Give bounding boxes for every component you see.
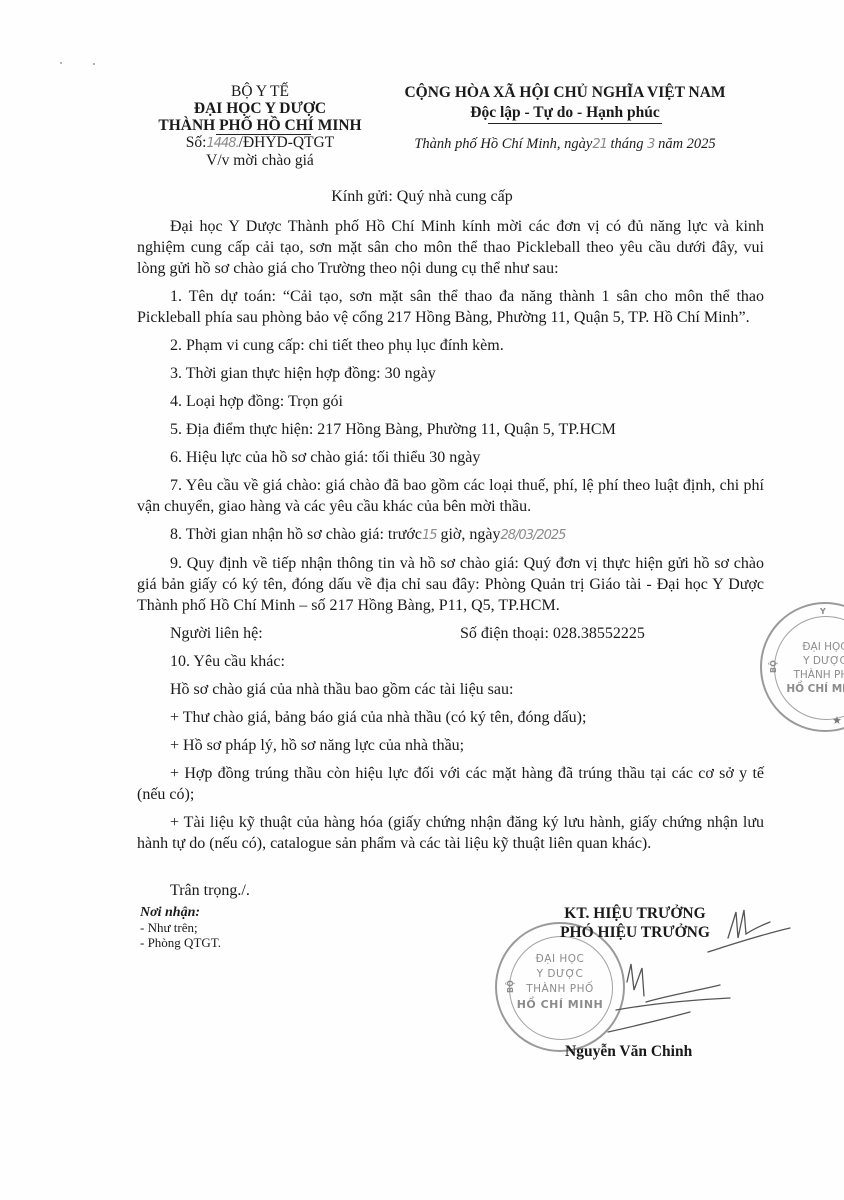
scan-speck (93, 63, 95, 65)
document-subject: V/v mời chào giá (140, 152, 380, 169)
issuer-header: BỘ Y TẾ ĐẠI HỌC Y DƯỢC THÀNH PHỐ HỒ CHÍ … (140, 83, 380, 169)
doc-item-2: + Hồ sơ pháp lý, hồ sơ năng lực của nhà … (137, 735, 764, 756)
intro-paragraph: Đại học Y Dược Thành phố Hồ Chí Minh kín… (137, 216, 764, 279)
item-2: 2. Phạm vi cung cấp: chi tiết theo phụ l… (137, 335, 764, 356)
contact-person-label: Người liên hệ: (170, 623, 460, 644)
national-motto-text: Độc lập - Tự do - Hạnh phúc (470, 104, 659, 121)
university-name-line2-text: THÀNH PHỐ HỒ CHÍ MINH (158, 117, 361, 134)
item-7: 7. Yêu cầu về giá chào: giá chào đã bao … (137, 475, 764, 517)
letter-body: Đại học Y Dược Thành phố Hồ Chí Minh kín… (137, 216, 764, 861)
item-5: 5. Địa điểm thực hiện: 217 Hồng Bàng, Ph… (137, 419, 764, 440)
item-8: 8. Thời gian nhận hồ sơ chào giá: trước1… (137, 524, 764, 546)
contact-row: Người liên hệ: Số điện thoại: 028.385522… (137, 623, 764, 644)
recipient-item: - Như trên; (140, 920, 221, 935)
document-number: Số:1448./ĐHYD-QTGT (140, 134, 380, 152)
closing: Trân trọng./. (170, 882, 250, 900)
nation-title: CỘNG HÒA XÃ HỘI CHỦ NGHĨA VIỆT NAM (385, 83, 745, 103)
item-6: 6. Hiệu lực của hồ sơ chào giá: tối thiể… (137, 447, 764, 468)
deadline-date-handwritten: 28/03/2025 (501, 528, 566, 543)
item-9: 9. Quy định về tiếp nhận thông tin và hồ… (137, 553, 764, 616)
month-label: tháng (611, 136, 644, 152)
item-3: 3. Thời gian thực hiện hợp đồng: 30 ngày (137, 363, 764, 384)
seal-text: ĐẠI HỌC Y DƯỢC THÀNH PHỐ HỒ CHÍ MINH (497, 952, 623, 1012)
seal-line: Y DƯỢC (762, 654, 844, 668)
star-icon: ★ (832, 714, 842, 727)
item-4: 4. Loại hợp đồng: Trọn gói (137, 391, 764, 412)
item-10: 10. Yêu cầu khác: (137, 651, 764, 672)
day-handwritten: 21 (592, 137, 607, 152)
signer-role-line2: PHÓ HIỆU TRƯỞNG (540, 923, 730, 942)
signer-role-line1: KT. HIỆU TRƯỞNG (540, 904, 730, 923)
recipients-title: Nơi nhận: (140, 905, 221, 920)
doc-item-4: + Tài liệu kỹ thuật của hàng hóa (giấy c… (137, 812, 764, 854)
margin-seal: Y BỘ ĐẠI HỌC Y DƯỢC THÀNH PHỐ HỒ CHÍ MIN… (760, 602, 844, 732)
item-8-middle: giờ, ngày (440, 526, 500, 543)
item-1: 1. Tên dự toán: “Cải tạo, sơn mặt sân th… (137, 286, 764, 328)
seal-top-text: Y (820, 607, 826, 616)
university-name-line2: THÀNH PHỐ HỒ CHÍ MINH (158, 117, 361, 134)
ref-number-handwritten: 1448. (206, 136, 238, 151)
ref-suffix: /ĐHYD-QTGT (239, 134, 335, 151)
signer-name: Nguyễn Văn Chinh (565, 1043, 692, 1061)
seal-line: ĐẠI HỌC (497, 952, 623, 967)
header-underline (216, 134, 311, 135)
place-date-prefix: Thành phố Hồ Chí Minh, ngày (414, 136, 592, 152)
document-page: BỘ Y TẾ ĐẠI HỌC Y DƯỢC THÀNH PHỐ HỒ CHÍ … (0, 0, 844, 1200)
seal-line: ĐẠI HỌC (762, 640, 844, 654)
university-name-line1: ĐẠI HỌC Y DƯỢC (140, 100, 380, 117)
seal-line: THÀNH PHỐ (497, 982, 623, 997)
seal-text: ĐẠI HỌC Y DƯỢC THÀNH PHỐ HỒ CHÍ MINH (762, 640, 844, 696)
place-date: Thành phố Hồ Chí Minh, ngày21 tháng 3 nă… (385, 134, 745, 155)
seal-line: Y DƯỢC (497, 967, 623, 982)
deadline-hour-handwritten: 15 (422, 528, 437, 543)
seal-line: HỒ CHÍ MINH (762, 682, 844, 696)
motto-underline (488, 123, 661, 124)
ref-prefix: Số: (186, 134, 207, 151)
item-8-prefix: 8. Thời gian nhận hồ sơ chào giá: trước (170, 526, 422, 543)
signature-block: KT. HIỆU TRƯỞNG PHÓ HIỆU TRƯỞNG (540, 904, 730, 942)
ministry-name: BỘ Y TẾ (140, 83, 380, 100)
recipient-item: - Phòng QTGT. (140, 935, 221, 950)
year-text: năm 2025 (658, 136, 716, 152)
docs-intro: Hồ sơ chào giá của nhà thầu bao gồm các … (137, 679, 764, 700)
seal-line: THÀNH PHỐ (762, 668, 844, 682)
doc-item-1: + Thư chào giá, bảng báo giá của nhà thầ… (137, 707, 764, 728)
doc-item-3: + Hợp đồng trúng thầu còn hiệu lực đối v… (137, 763, 764, 805)
month-handwritten: 3 (647, 137, 654, 152)
seal-line: HỒ CHÍ MINH (497, 997, 623, 1012)
salutation: Kính gửi: Quý nhà cung cấp (0, 188, 844, 206)
contact-phone: Số điện thoại: 028.38552225 (460, 623, 645, 644)
scan-speck (60, 62, 62, 64)
national-motto: Độc lập - Tự do - Hạnh phúc (470, 103, 659, 123)
national-header: CỘNG HÒA XÃ HỘI CHỦ NGHĨA VIỆT NAM Độc l… (385, 83, 745, 155)
recipients-block: Nơi nhận: - Như trên; - Phòng QTGT. (140, 905, 221, 950)
